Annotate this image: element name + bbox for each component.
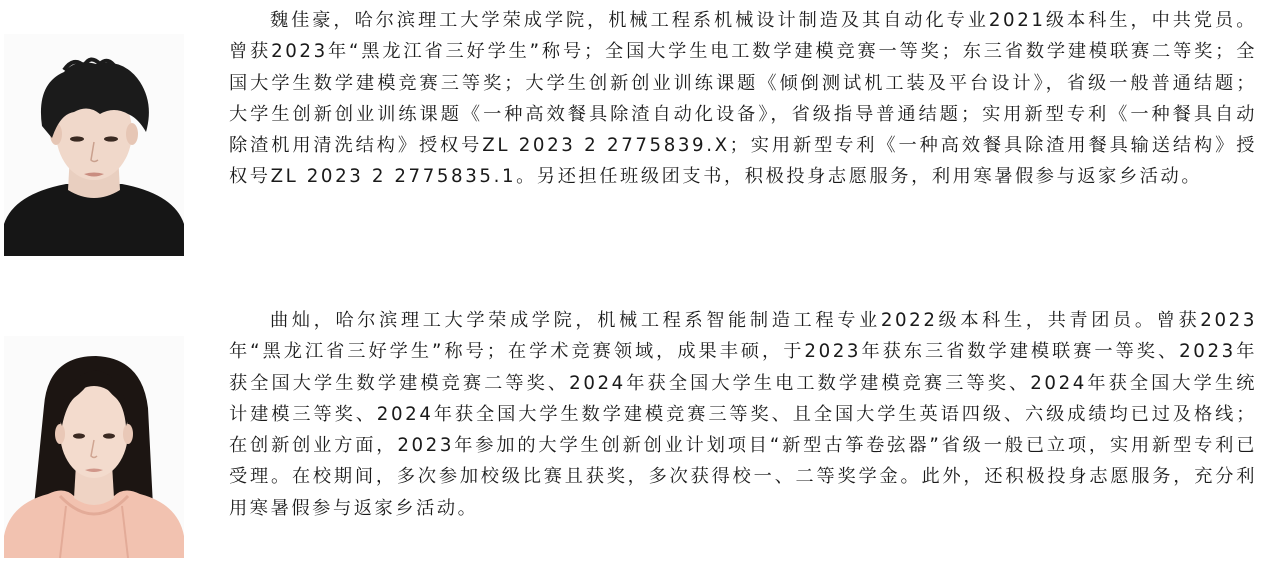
profile-bio: 曲灿，哈尔滨理工大学荣成学院，机械工程系智能制造工程专业2022级本科生，共青团… [229,305,1257,524]
profile-bio: 魏佳豪，哈尔滨理工大学荣成学院，机械工程系机械设计制造及其自动化专业2021级本… [229,5,1257,193]
portrait-female-icon [4,336,184,558]
profile-photo [4,34,184,256]
portrait-male-icon [4,34,184,256]
profile-photo [4,336,184,558]
